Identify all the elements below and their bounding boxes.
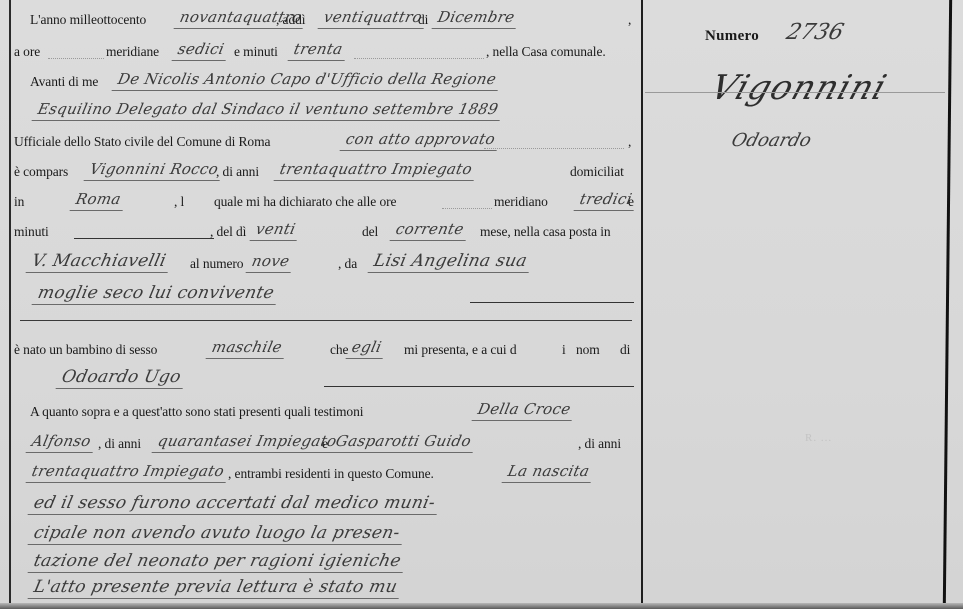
printed-text: a ore (14, 44, 40, 60)
handwritten-sex: maschile (206, 336, 289, 359)
printed-text: di (418, 12, 428, 28)
printed-text: quale mi ha dichiarato che alle ore (214, 194, 396, 210)
handwritten-child-name: Odoardo Ugo (56, 366, 187, 389)
handwritten-note: tazione del neonato per ragioni igienich… (28, 550, 408, 573)
handwritten-witness1-surname: Della Croce (472, 398, 577, 421)
handwritten-delegation: Esquilino Delegato dal Sindaco il ventun… (32, 98, 505, 121)
handwritten-witness1-age: quarantasei Impiegato (152, 430, 343, 453)
printed-text: Ufficiale dello Stato civile del Comune … (14, 134, 270, 150)
line-registrar: Ufficiale dello Stato civile del Comune … (14, 130, 638, 154)
line-note-4: L'atto presente previa lettura è stato m… (14, 578, 638, 602)
printed-text: è nato un bambino di sesso (14, 342, 157, 358)
line-child-sex: è nato un bambino di sesso maschile che … (14, 338, 638, 362)
printed-text: , (628, 12, 631, 28)
handwritten-note: L'atto presente previa lettura è stato m… (28, 576, 404, 599)
printed-text: al numero (190, 256, 243, 272)
line-witness-ages: Alfonso , di anni quarantasei Impiegato … (14, 432, 638, 456)
line-note-2: cipale non avendo avuto luogo la presen- (14, 524, 638, 548)
printed-text: meridiano (494, 194, 548, 210)
register-page: L'anno milleottocento novantaquattro , a… (0, 0, 963, 603)
printed-text: è compars (14, 164, 68, 180)
printed-text: , di anni (578, 436, 621, 452)
blank-field (324, 386, 634, 387)
printed-text: e (628, 194, 634, 210)
blank-field (74, 238, 214, 239)
printed-text: meridiane (106, 44, 159, 60)
blank-field (354, 58, 484, 59)
record-number-value: 2736 (784, 20, 847, 45)
line-address: V. Macchiavelli al numero nove , da Lisi… (14, 252, 638, 276)
printed-text: del (362, 224, 378, 240)
printed-text: , di anni (98, 436, 141, 452)
printed-text: e minuti (234, 44, 278, 60)
line-witness2-age: trentaquattro Impiegato , entrambi resid… (14, 462, 638, 486)
handwritten-officer-name: De Nicolis Antonio Capo d'Ufficio della … (112, 68, 503, 91)
printed-text: e (322, 436, 328, 452)
handwritten-witness1-name: Alfonso (26, 430, 98, 453)
handwritten-witness2: Gasparotti Guido (330, 430, 478, 453)
line-witnesses: A quanto sopra e a quest'atto sono stati… (14, 400, 638, 424)
printed-text: , da (338, 256, 357, 272)
printed-text: in (14, 194, 24, 210)
handwritten-declarant-name: Vigonnini Rocco (84, 158, 225, 181)
printed-text: , l (174, 194, 184, 210)
printed-text: , nella Casa comunale. (486, 44, 606, 60)
printed-text: , (628, 134, 631, 150)
faint-stamp: R. ... (805, 432, 832, 444)
printed-text: , entrambi residenti in questo Comune. (228, 466, 434, 482)
line-residence: in Roma , l quale mi ha dichiarato che a… (14, 190, 638, 214)
printed-text: minuti (14, 224, 49, 240)
line-note-3: tazione del neonato per ragioni igienich… (14, 552, 638, 576)
handwritten-approval: con atto approvato (340, 128, 502, 151)
handwritten-declarant-age: trentaquattro Impiegato (274, 158, 479, 181)
handwritten-street: V. Macchiavelli (26, 250, 173, 273)
blank-field (442, 208, 492, 209)
record-number-label: Numero (705, 28, 759, 45)
printed-text: , addì (276, 12, 305, 28)
handwritten-witness2-age: trentaquattro Impiegato (26, 460, 231, 483)
line-declarant: è compars Vigonnini Rocco , di anni tren… (14, 160, 638, 184)
printed-text: A quanto sopra e a quest'atto sono stati… (30, 404, 363, 420)
handwritten-current: corrente (390, 218, 471, 241)
margin-guide-line (645, 92, 945, 93)
printed-text: Avanti di me (30, 74, 98, 90)
handwritten-minutes: trenta (288, 38, 349, 61)
blank-field (484, 148, 624, 149)
handwritten-hour: sedici (172, 38, 231, 61)
printed-text: L'anno milleottocento (30, 12, 146, 28)
column-divider-rule (641, 0, 643, 603)
line-officer: Avanti di me De Nicolis Antonio Capo d'U… (14, 70, 638, 94)
line-delegation: Esquilino Delegato dal Sindaco il ventun… (14, 100, 638, 124)
viewer-bottom-edge (0, 603, 963, 609)
left-margin-rule (9, 0, 11, 603)
right-margin-rule (943, 0, 952, 603)
line-birth-day: minuti , del dì venti del corrente mese,… (14, 220, 638, 244)
handwritten-day: ventiquattro (318, 6, 429, 29)
handwritten-mother-relation: moglie seco lui convivente (32, 282, 281, 305)
handwritten-birth-day: venti (250, 218, 302, 241)
line-note-1: ed il sesso furono accertati dal medico … (14, 494, 638, 518)
line-year-date: L'anno milleottocento novantaquattro , a… (14, 8, 638, 32)
handwritten-city: Roma (70, 188, 128, 211)
printed-text: mi presenta, e a cui d (404, 342, 517, 358)
line-child-name: Odoardo Ugo (14, 368, 638, 392)
margin-given-name: Odoardo (729, 130, 813, 151)
blank-field (48, 58, 104, 59)
line-hour: a ore meridiane sedici e minuti trenta ,… (14, 40, 638, 64)
margin-surname: Vigonnini (706, 68, 893, 108)
printed-text: , di anni (216, 164, 259, 180)
section-separator (20, 320, 632, 321)
printed-text: i (562, 342, 566, 358)
blank-field (470, 302, 634, 303)
printed-text: domiciliat (570, 164, 624, 180)
handwritten-note: ed il sesso furono accertati dal medico … (28, 492, 442, 515)
handwritten-house-number: nove (246, 250, 296, 273)
printed-text: nom (576, 342, 600, 358)
printed-text: di (620, 342, 630, 358)
printed-text: mese, nella casa posta in (480, 224, 611, 240)
handwritten-note-start: La nascita (502, 460, 596, 483)
printed-text: , del dì (210, 224, 246, 240)
line-mother-relation: moglie seco lui convivente (14, 284, 638, 308)
handwritten-pronoun: egli (346, 336, 388, 359)
handwritten-note: cipale non avendo avuto luogo la presen- (28, 522, 406, 545)
handwritten-mother: Lisi Angelina sua (368, 250, 534, 273)
handwritten-month: Dicembre (432, 6, 521, 29)
